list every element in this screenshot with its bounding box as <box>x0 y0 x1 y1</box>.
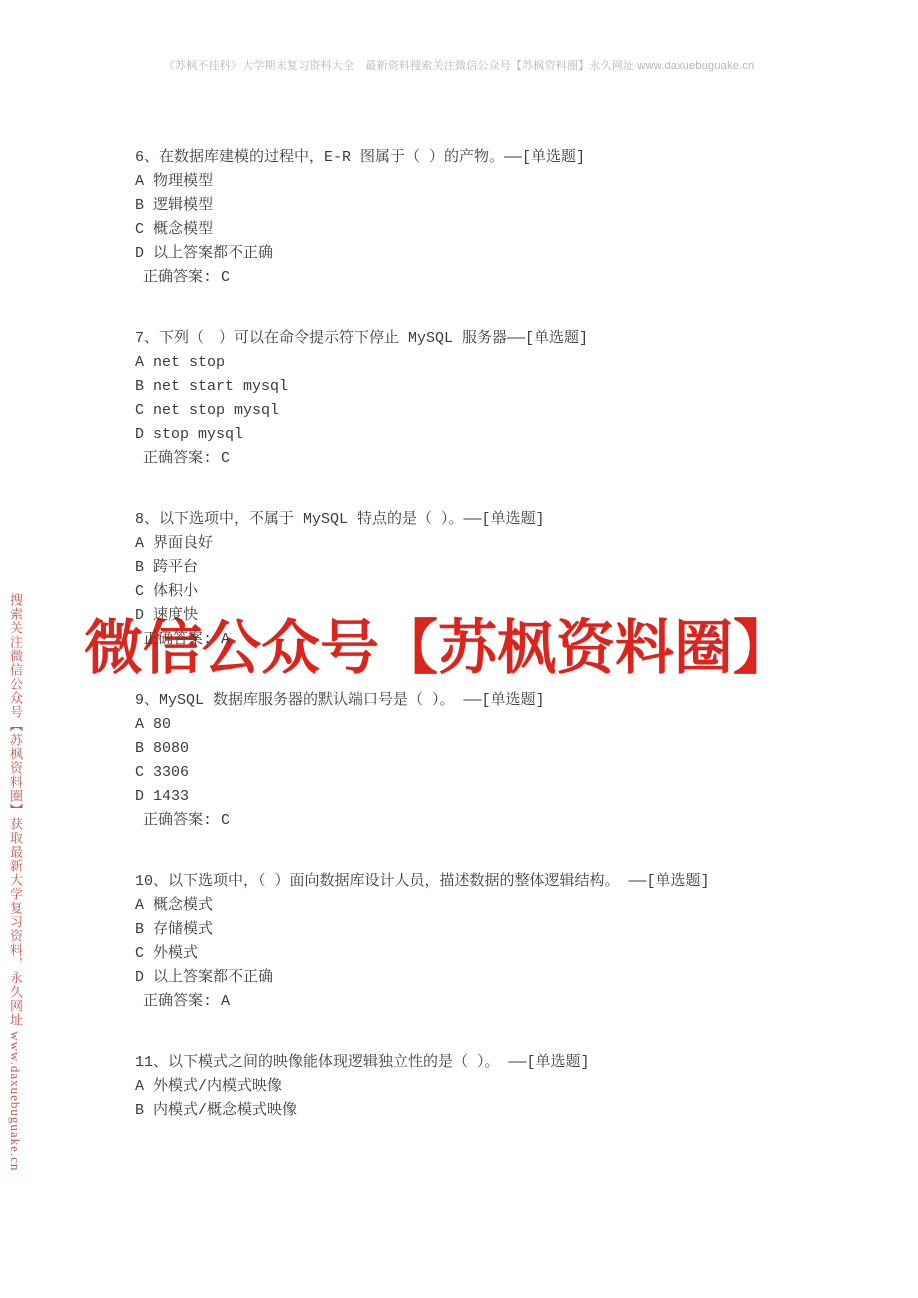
question-title: 7、下列（ ）可以在命令提示符下停止 MySQL 服务器——[单选题] <box>135 327 878 351</box>
question-title: 11、以下模式之间的映像能体现逻辑独立性的是（ ）。 ——[单选题] <box>135 1051 878 1075</box>
question-9: 9、MySQL 数据库服务器的默认端口号是（ ）。 ——[单选题] A 80 B… <box>135 689 878 833</box>
question-answer: 正确答案: C <box>135 447 878 471</box>
question-option: D 以上答案都不正确 <box>135 966 878 990</box>
question-title: 8、以下选项中，不属于 MySQL 特点的是（ ）。——[单选题] <box>135 508 878 532</box>
question-8: 8、以下选项中，不属于 MySQL 特点的是（ ）。——[单选题] A 界面良好… <box>135 508 878 652</box>
question-option: A 概念模式 <box>135 894 878 918</box>
question-option: C net stop mysql <box>135 399 878 423</box>
question-title: 6、在数据库建模的过程中，E-R 图属于（ ）的产物。——[单选题] <box>135 146 878 170</box>
question-option: A 外模式/内模式映像 <box>135 1075 878 1099</box>
question-6: 6、在数据库建模的过程中，E-R 图属于（ ）的产物。——[单选题] A 物理模… <box>135 146 878 290</box>
question-answer: 正确答案: C <box>135 266 878 290</box>
question-option: B 跨平台 <box>135 556 878 580</box>
side-watermark-note: 搜索关注微信公众号【苏枫资料圈】获取最新大学复习资料，永久网址 www.daxu… <box>6 593 25 1123</box>
question-option: C 体积小 <box>135 580 878 604</box>
question-option: A 界面良好 <box>135 532 878 556</box>
question-option: B 逻辑模型 <box>135 194 878 218</box>
question-answer: 正确答案: C <box>135 809 878 833</box>
question-11: 11、以下模式之间的映像能体现逻辑独立性的是（ ）。 ——[单选题] A 外模式… <box>135 1051 878 1123</box>
question-answer: 正确答案: A <box>135 990 878 1014</box>
question-option: C 3306 <box>135 761 878 785</box>
question-option: A net stop <box>135 351 878 375</box>
questions-list: 6、在数据库建模的过程中，E-R 图属于（ ）的产物。——[单选题] A 物理模… <box>135 146 878 1160</box>
question-option: D 1433 <box>135 785 878 809</box>
question-option: C 概念模型 <box>135 218 878 242</box>
question-option: A 80 <box>135 713 878 737</box>
question-option: C 外模式 <box>135 942 878 966</box>
question-title: 10、以下选项中，（ ）面向数据库设计人员，描述数据的整体逻辑结构。 ——[单选… <box>135 870 878 894</box>
question-option: B net start mysql <box>135 375 878 399</box>
question-7: 7、下列（ ）可以在命令提示符下停止 MySQL 服务器——[单选题] A ne… <box>135 327 878 471</box>
question-option: B 存储模式 <box>135 918 878 942</box>
header-watermark-note: 《苏枫不挂科》大学期末复习资料大全 最新资料搜索关注微信公众号【苏枫资料圈】永久… <box>0 57 918 73</box>
document-page: 《苏枫不挂科》大学期末复习资料大全 最新资料搜索关注微信公众号【苏枫资料圈】永久… <box>0 0 918 1298</box>
question-option: D 速度快 <box>135 604 878 628</box>
question-option: A 物理模型 <box>135 170 878 194</box>
question-title: 9、MySQL 数据库服务器的默认端口号是（ ）。 ——[单选题] <box>135 689 878 713</box>
question-answer: 正确答案: A <box>135 628 878 652</box>
question-option: B 8080 <box>135 737 878 761</box>
question-option: B 内模式/概念模式映像 <box>135 1099 878 1123</box>
question-option: D stop mysql <box>135 423 878 447</box>
question-10: 10、以下选项中，（ ）面向数据库设计人员，描述数据的整体逻辑结构。 ——[单选… <box>135 870 878 1014</box>
question-option: D 以上答案都不正确 <box>135 242 878 266</box>
